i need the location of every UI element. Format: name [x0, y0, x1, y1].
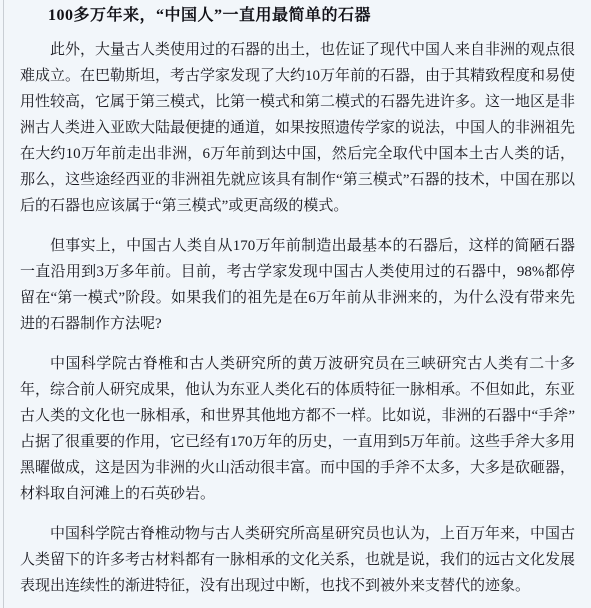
article-paragraph-4: 中国科学院古脊椎动物与古人类研究所高星研究员也认为，上百万年来，中国古人类留下的…	[20, 521, 575, 599]
article-paragraph-3: 中国科学院古脊椎和古人类研究所的黄万波研究员在三峡研究古人类有二十多年，综合前人…	[20, 351, 575, 507]
article-paragraph-1: 此外，大量古人类使用过的石器的出土，也佐证了现代中国人来自非洲的观点很难成立。在…	[20, 37, 575, 219]
document-body: 100多万年来，“中国人”一直用最简单的石器 此外，大量古人类使用过的石器的出土…	[0, 0, 591, 608]
article-paragraph-2: 但事实上，中国古人类自从170万年前制造出最基本的石器后，这样的简陋石器一直沿用…	[20, 233, 575, 337]
article-title: 100多万年来，“中国人”一直用最简单的石器	[20, 3, 575, 29]
